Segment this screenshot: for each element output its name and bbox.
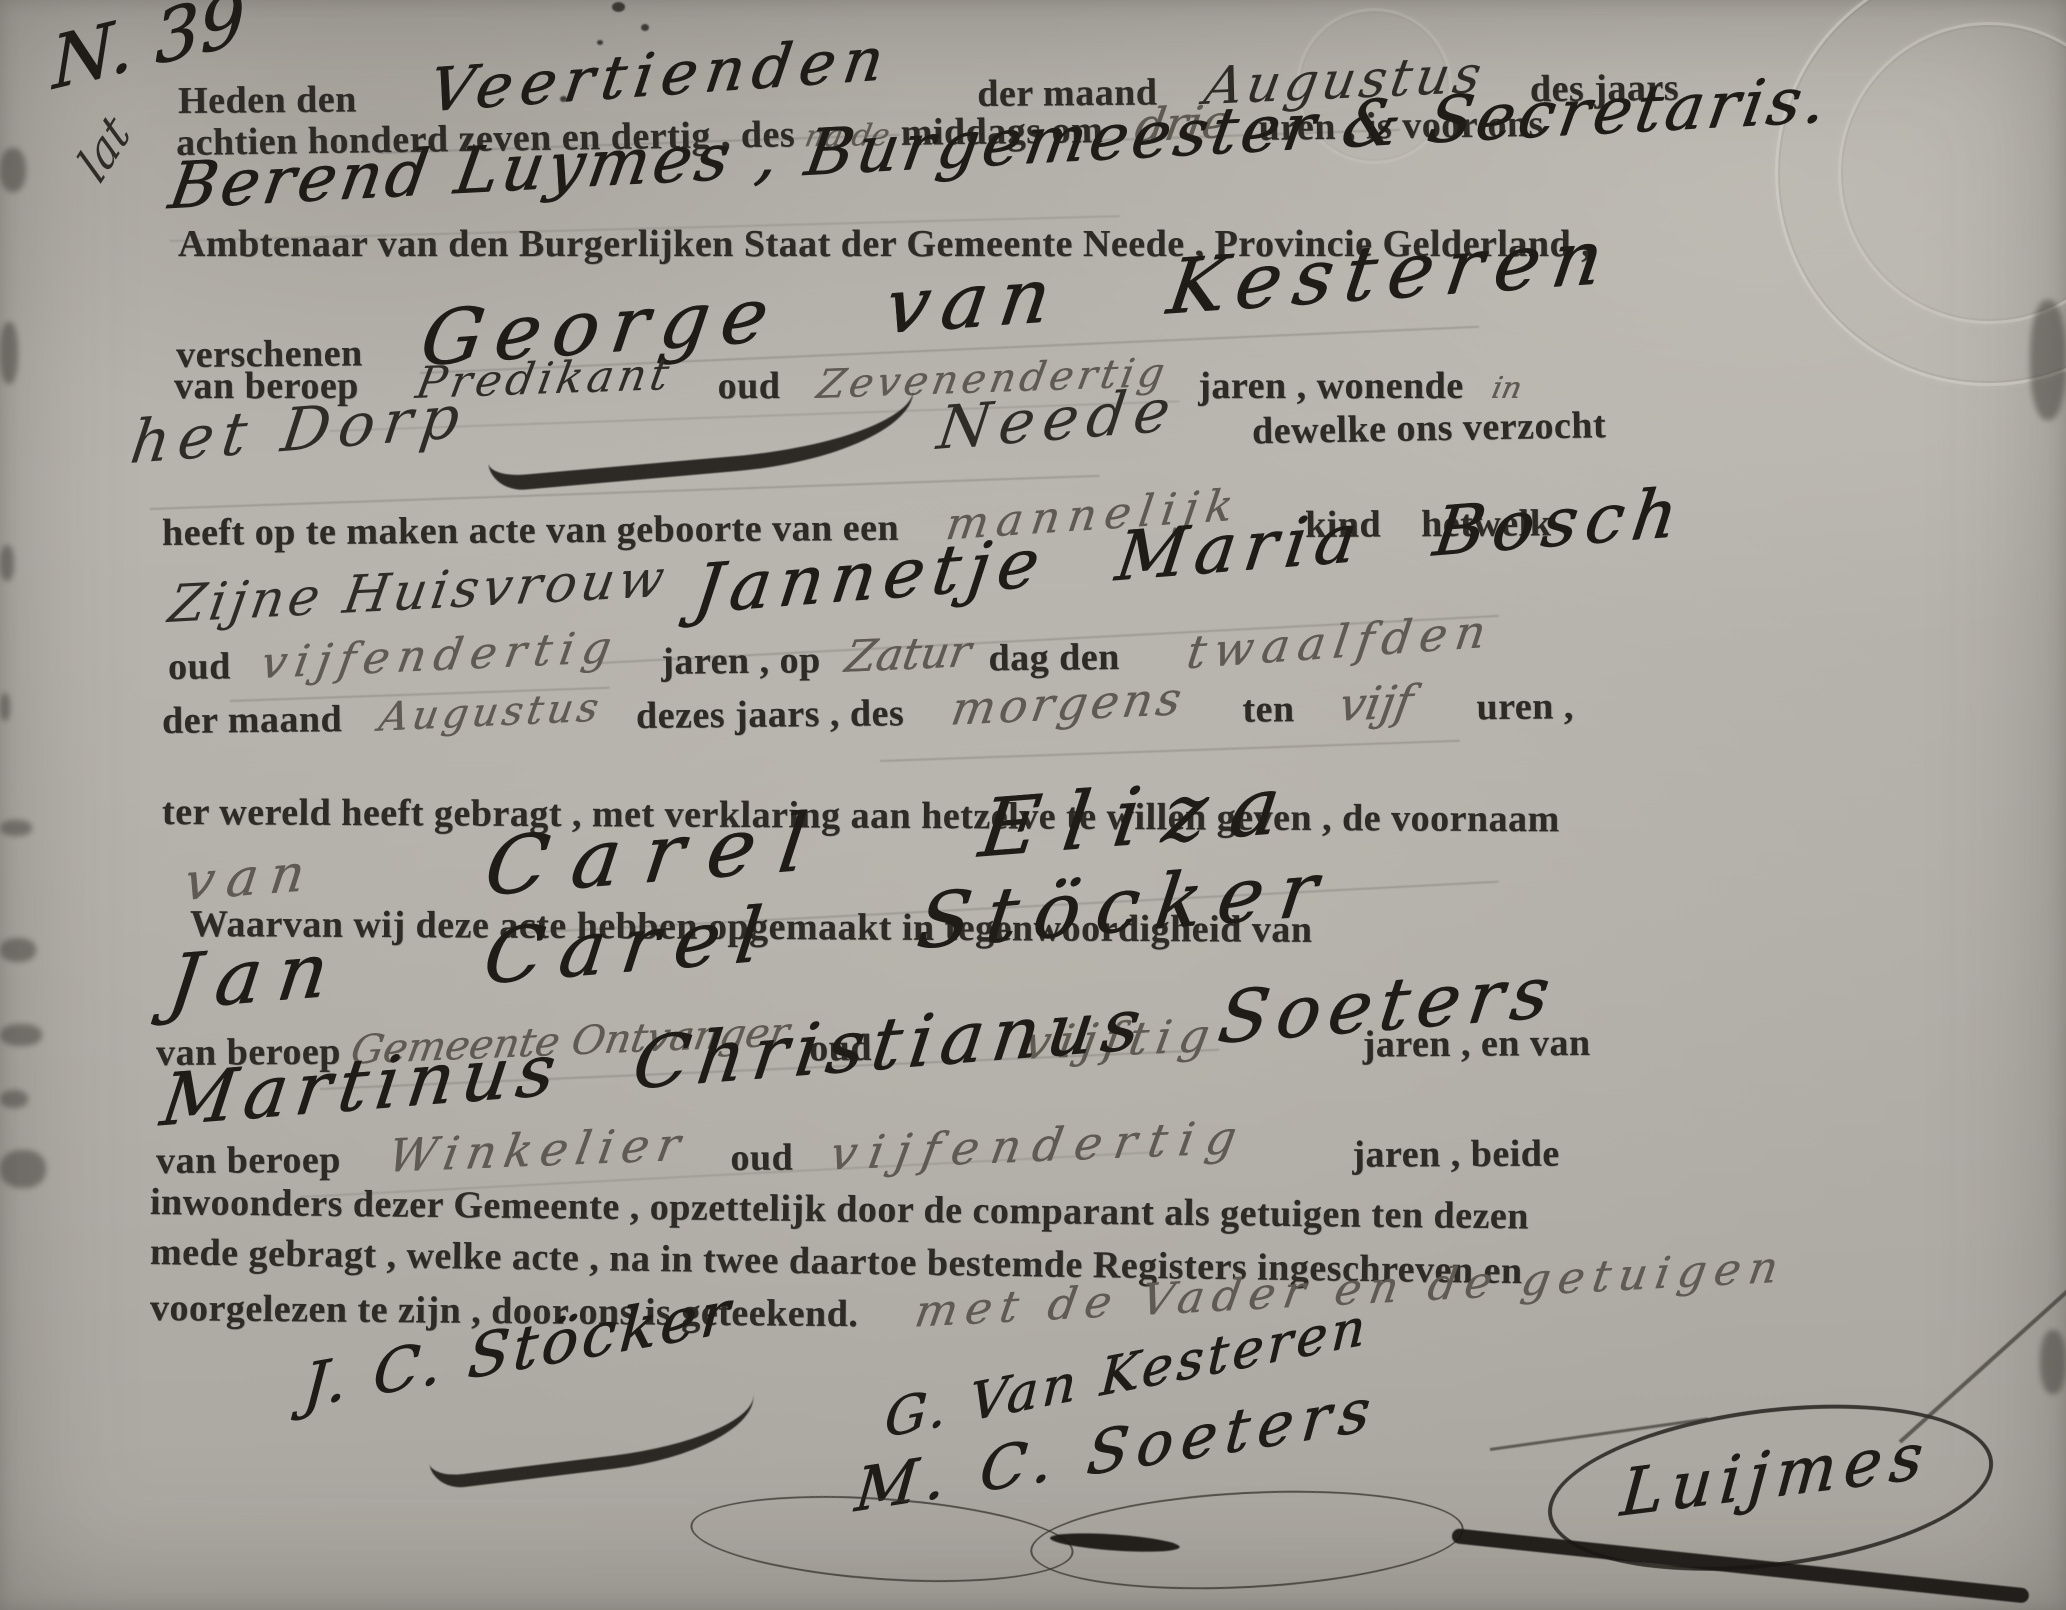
printed-text: jaren , beide <box>1352 1132 1560 1177</box>
printed-text: dezes jaars , des <box>636 691 905 738</box>
handwritten-daypart: morgens <box>947 671 1189 736</box>
bleed-mark <box>2030 300 2066 420</box>
handwritten-birth-hour: vijf <box>1335 674 1416 731</box>
bleed-mark <box>0 693 10 721</box>
printed-text: oud <box>168 644 231 689</box>
form-line: inwoonders dezer Gemeente , opzettelijk … <box>150 1180 1529 1238</box>
printed-text: der maand <box>162 697 343 743</box>
printed-text: van beroep <box>156 1138 341 1183</box>
bleed-mark <box>2040 1330 2066 1394</box>
guide-line <box>880 740 1460 762</box>
bleed-mark <box>0 148 26 192</box>
bleed-mark <box>0 1150 46 1188</box>
ink-spot <box>612 2 625 12</box>
margin-note-text: lat <box>68 103 140 193</box>
bleed-mark <box>0 545 14 581</box>
printed-text: oud <box>730 1136 793 1180</box>
bleed-mark <box>0 938 36 962</box>
bleed-mark <box>0 322 18 384</box>
birth-certificate-scan: N. 39 lat Heden den Veertienden der maan… <box>0 0 2066 1610</box>
printed-text: jaren , op <box>661 638 821 684</box>
signature-stocker-flourish <box>426 1394 760 1491</box>
form-line: het Dorp Neede dewelke ons verzocht <box>127 382 1606 478</box>
printed-text: inwoonders dezer Gemeente , opzettelijk … <box>150 1180 1529 1238</box>
printed-text: dewelke ons verzocht <box>1252 403 1607 453</box>
form-line: Berend Luymes , Burgemeester & Secretari… <box>165 121 1815 224</box>
bleed-mark <box>0 820 32 836</box>
form-line: van beroep Winkelier oud vijfendertig ja… <box>156 1123 1560 1184</box>
printed-text: ten <box>1242 687 1295 732</box>
printed-text: uren , <box>1476 684 1574 729</box>
handwritten-weekday: Zatur <box>841 626 974 683</box>
handwritten-birth-month: Augustus <box>376 685 606 741</box>
margin-note: lat <box>63 111 141 191</box>
bleed-mark <box>0 1090 28 1108</box>
handwritten-witness2-occupation: Winkelier <box>384 1117 692 1183</box>
pen-flourish <box>485 388 919 492</box>
bleed-mark <box>0 1024 42 1046</box>
ink-spot <box>641 24 649 31</box>
printed-text: dag den <box>988 635 1120 680</box>
